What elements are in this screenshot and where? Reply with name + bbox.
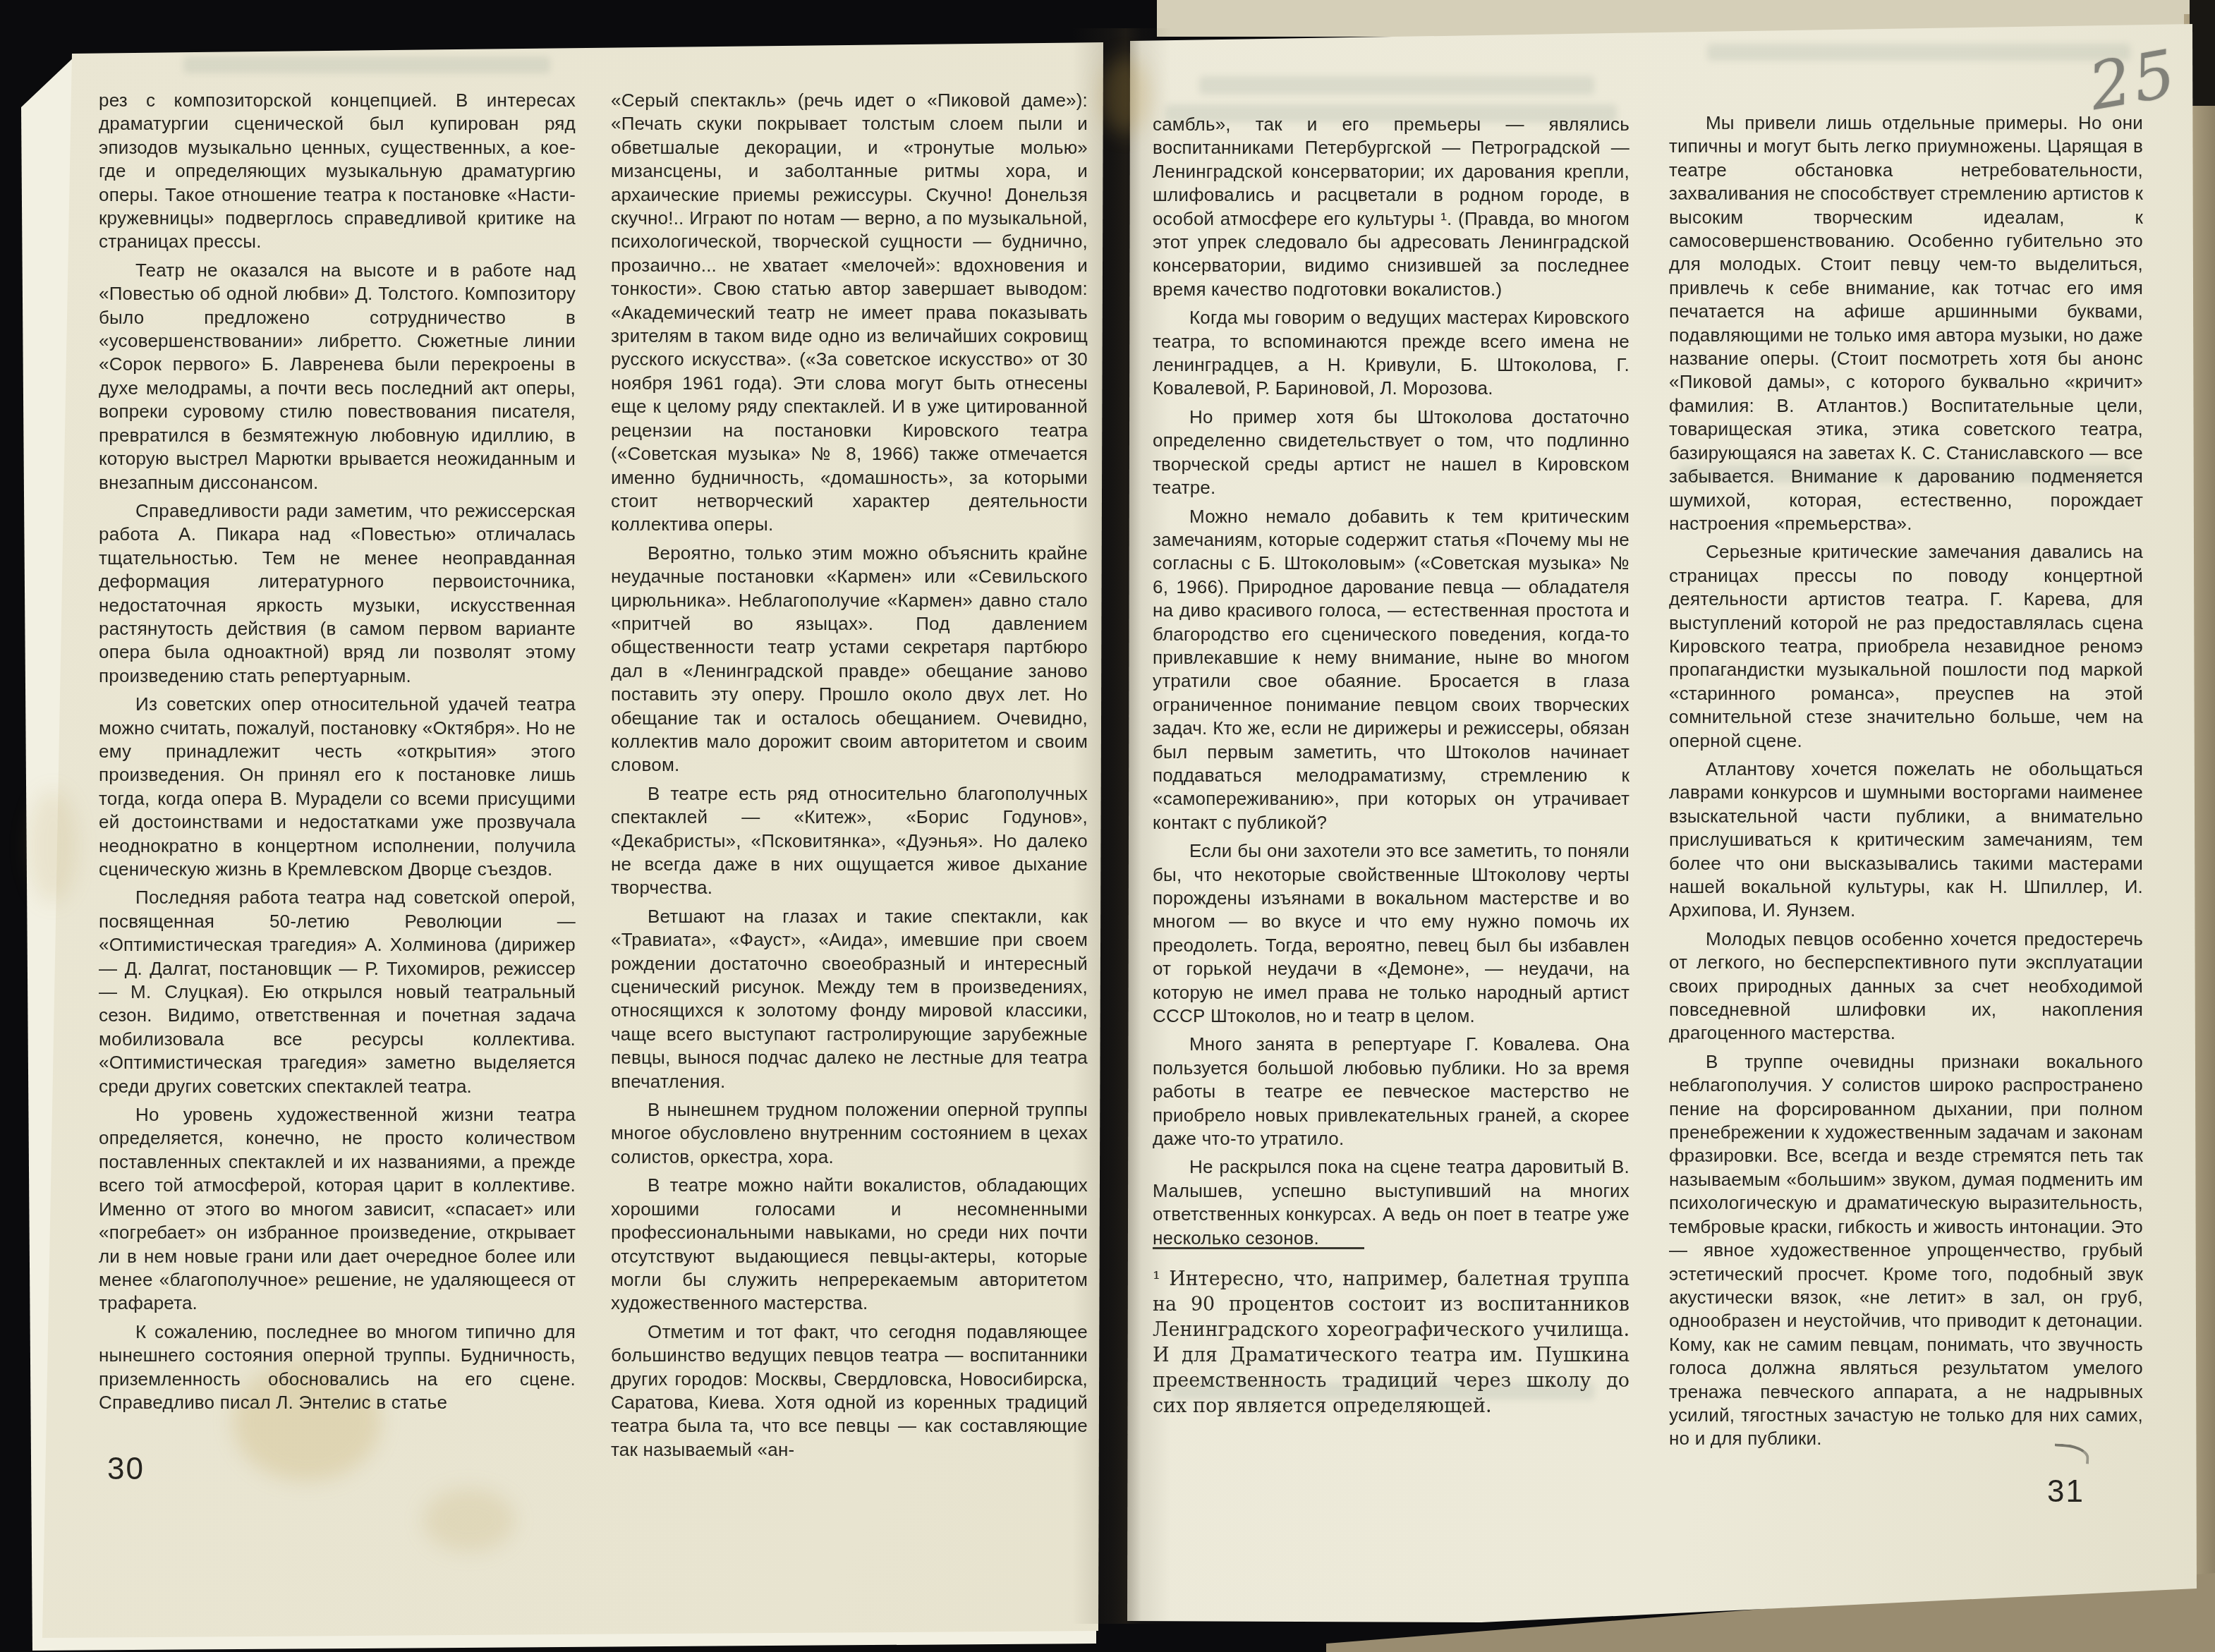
paragraph: Но пример хотя бы Штоколова достаточно о… <box>1153 406 1630 500</box>
paragraph: В труппе очевидны признаки вокального не… <box>1669 1050 2143 1451</box>
scanned-journal-spread: рез с композиторской концепцией. В интер… <box>0 0 2215 1652</box>
paragraph: Ветшают на глазах и такие спектакли, как… <box>611 905 1088 1093</box>
paragraph: Серьезные критические замечания давались… <box>1669 540 2143 753</box>
paragraph: К сожалению, последнее во многом типично… <box>99 1320 576 1415</box>
paragraph: Если бы они захотели это все заметить, т… <box>1153 839 1630 1028</box>
left-page-column-1: рез с композиторской концепцией. В интер… <box>99 89 576 1419</box>
paragraph: В нынешнем трудном положении оперной тру… <box>611 1098 1088 1169</box>
left-page-column-2: «Серый спектакль» (речь идет о «Пиковой … <box>611 89 1088 1466</box>
paragraph: Театр не оказался на высоте и в работе н… <box>99 259 576 494</box>
bleedthrough-ghost <box>1199 76 1594 95</box>
paragraph: «Серый спектакль» (речь идет о «Пиковой … <box>611 89 1088 537</box>
paragraph: Не раскрылся пока на сцене театра дарови… <box>1153 1155 1630 1250</box>
paragraph: Отметим и тот факт, что сегодня подавляю… <box>611 1320 1088 1462</box>
handwritten-pencil-number: 25 <box>2084 35 2184 125</box>
right-page-column-2: Мы привели лишь отдельные примеры. Но он… <box>1669 111 2143 1456</box>
bleedthrough-ghost <box>1707 44 2130 61</box>
page-stack-corner-shadow <box>2190 0 2215 106</box>
paragraph: Но уровень художественной жизни театра о… <box>99 1103 576 1316</box>
paper-stain <box>423 1488 515 1552</box>
paper-stain <box>1100 56 1150 134</box>
page-number-right: 31 <box>2047 1474 2084 1510</box>
right-page-column-1: самбль», так и его премьеры — являлись в… <box>1153 113 1630 1255</box>
paper-stain <box>28 790 78 903</box>
paragraph: Вероятно, только этим можно объяснить кр… <box>611 542 1088 777</box>
paragraph: Когда мы говорим о ведущих мастерах Киро… <box>1153 306 1630 401</box>
paragraph: Последняя работа театра над советской оп… <box>99 886 576 1098</box>
footnote-text: ¹ Интересно, что, например, балетная тру… <box>1153 1267 1630 1419</box>
paragraph: Молодых певцов особенно хочется предосте… <box>1669 928 2143 1045</box>
paragraph: В театре есть ряд относительно благополу… <box>611 782 1088 900</box>
paragraph: Из советских опер относительной удачей т… <box>99 693 576 881</box>
paragraph: Справедливости ради заметим, что режиссе… <box>99 499 576 688</box>
bleedthrough-ghost <box>183 56 550 73</box>
footnote-rule <box>1153 1247 1364 1249</box>
paragraph: Мы привели лишь отдельные примеры. Но он… <box>1669 111 2143 535</box>
paragraph: самбль», так и его премьеры — являлись в… <box>1153 113 1630 301</box>
paragraph: рез с композиторской концепцией. В интер… <box>99 89 576 254</box>
page-number-left: 30 <box>107 1452 145 1487</box>
paragraph: Можно немало добавить к тем критическим … <box>1153 505 1630 835</box>
paragraph: Атлантову хочется пожелать не обольщатьс… <box>1669 758 2143 923</box>
paragraph: В театре можно найти вокалистов, обладаю… <box>611 1174 1088 1315</box>
paragraph: Много занята в репертуаре Г. Ковалева. О… <box>1153 1033 1630 1150</box>
